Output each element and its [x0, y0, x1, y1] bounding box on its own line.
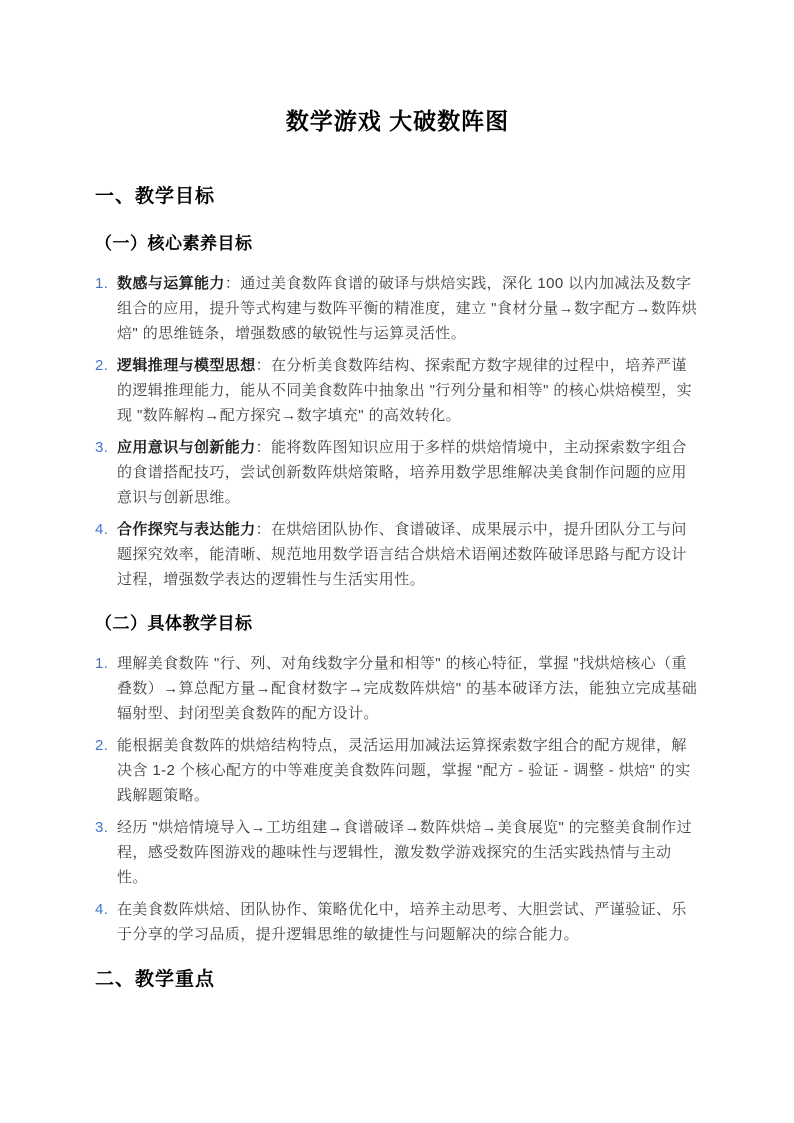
list-item: 2. 逻辑推理与模型思想：在分析美食数阵结构、探索配方数字规律的过程中，培养严谨… [95, 353, 700, 428]
list-item-number: 3. [95, 435, 117, 460]
list-item-lead: 应用意识与创新能力 [117, 439, 256, 456]
list-item-lead: 合作探究与表达能力 [117, 521, 256, 538]
list-item-number: 1. [95, 271, 117, 296]
list-item: 1. 理解美食数阵 "行、列、对角线数字分量和相等" 的核心特征，掌握 "找烘焙… [95, 651, 700, 726]
list-item-number: 1. [95, 651, 117, 676]
list-item: 1. 数感与运算能力：通过美食数阵食谱的破译与烘焙实践，深化 100 以内加减法… [95, 271, 700, 346]
list-item: 4. 在美食数阵烘焙、团队协作、策略优化中，培养主动思考、大胆尝试、严谨验证、乐… [95, 897, 700, 947]
list-item-text: 数感与运算能力：通过美食数阵食谱的破译与烘焙实践，深化 100 以内加减法及数字… [117, 271, 700, 346]
list-item-lead: 数感与运算能力 [117, 275, 225, 292]
list-item-number: 3. [95, 815, 117, 840]
list-item-text: 能根据美食数阵的烘焙结构特点，灵活运用加减法运算探索数字组合的配方规律，解决含 … [117, 733, 700, 808]
list-item-number: 2. [95, 353, 117, 378]
list-item: 3. 应用意识与创新能力：能将数阵图知识应用于多样的烘焙情境中，主动探索数字组合… [95, 435, 700, 510]
section-heading-teaching-goals: 一、教学目标 [95, 184, 700, 210]
list-item-text: 在美食数阵烘焙、团队协作、策略优化中，培养主动思考、大胆尝试、严谨验证、乐于分享… [117, 897, 700, 947]
section-heading-teaching-focus: 二、教学重点 [95, 967, 700, 993]
list-item-text: 逻辑推理与模型思想：在分析美食数阵结构、探索配方数字规律的过程中，培养严谨的逻辑… [117, 353, 700, 428]
list-item: 2. 能根据美食数阵的烘焙结构特点，灵活运用加减法运算探索数字组合的配方规律，解… [95, 733, 700, 808]
list-item-text: 经历 "烘焙情境导入→工坊组建→食谱破译→数阵烘焙→美食展览" 的完整美食制作过… [117, 815, 700, 890]
specific-goal-list: 1. 理解美食数阵 "行、列、对角线数字分量和相等" 的核心特征，掌握 "找烘焙… [95, 651, 700, 947]
subsection-heading-core-literacy: （一）核心素养目标 [95, 232, 700, 256]
list-item: 3. 经历 "烘焙情境导入→工坊组建→食谱破译→数阵烘焙→美食展览" 的完整美食… [95, 815, 700, 890]
list-item-text: 理解美食数阵 "行、列、对角线数字分量和相等" 的核心特征，掌握 "找烘焙核心（… [117, 651, 700, 726]
list-item-text: 应用意识与创新能力：能将数阵图知识应用于多样的烘焙情境中，主动探索数字组合的食谱… [117, 435, 700, 510]
list-item-lead: 逻辑推理与模型思想 [117, 357, 256, 374]
list-item-text: 合作探究与表达能力：在烘焙团队协作、食谱破译、成果展示中，提升团队分工与问题探究… [117, 517, 700, 592]
list-item-number: 4. [95, 517, 117, 542]
document-page: 数学游戏 大破数阵图 一、教学目标 （一）核心素养目标 1. 数感与运算能力：通… [0, 0, 794, 1123]
list-item-number: 2. [95, 733, 117, 758]
core-literacy-goal-list: 1. 数感与运算能力：通过美食数阵食谱的破译与烘焙实践，深化 100 以内加减法… [95, 271, 700, 592]
list-item-number: 4. [95, 897, 117, 922]
document-title: 数学游戏 大破数阵图 [95, 106, 700, 136]
list-item: 4. 合作探究与表达能力：在烘焙团队协作、食谱破译、成果展示中，提升团队分工与问… [95, 517, 700, 592]
subsection-heading-specific-goals: （二）具体教学目标 [95, 612, 700, 636]
